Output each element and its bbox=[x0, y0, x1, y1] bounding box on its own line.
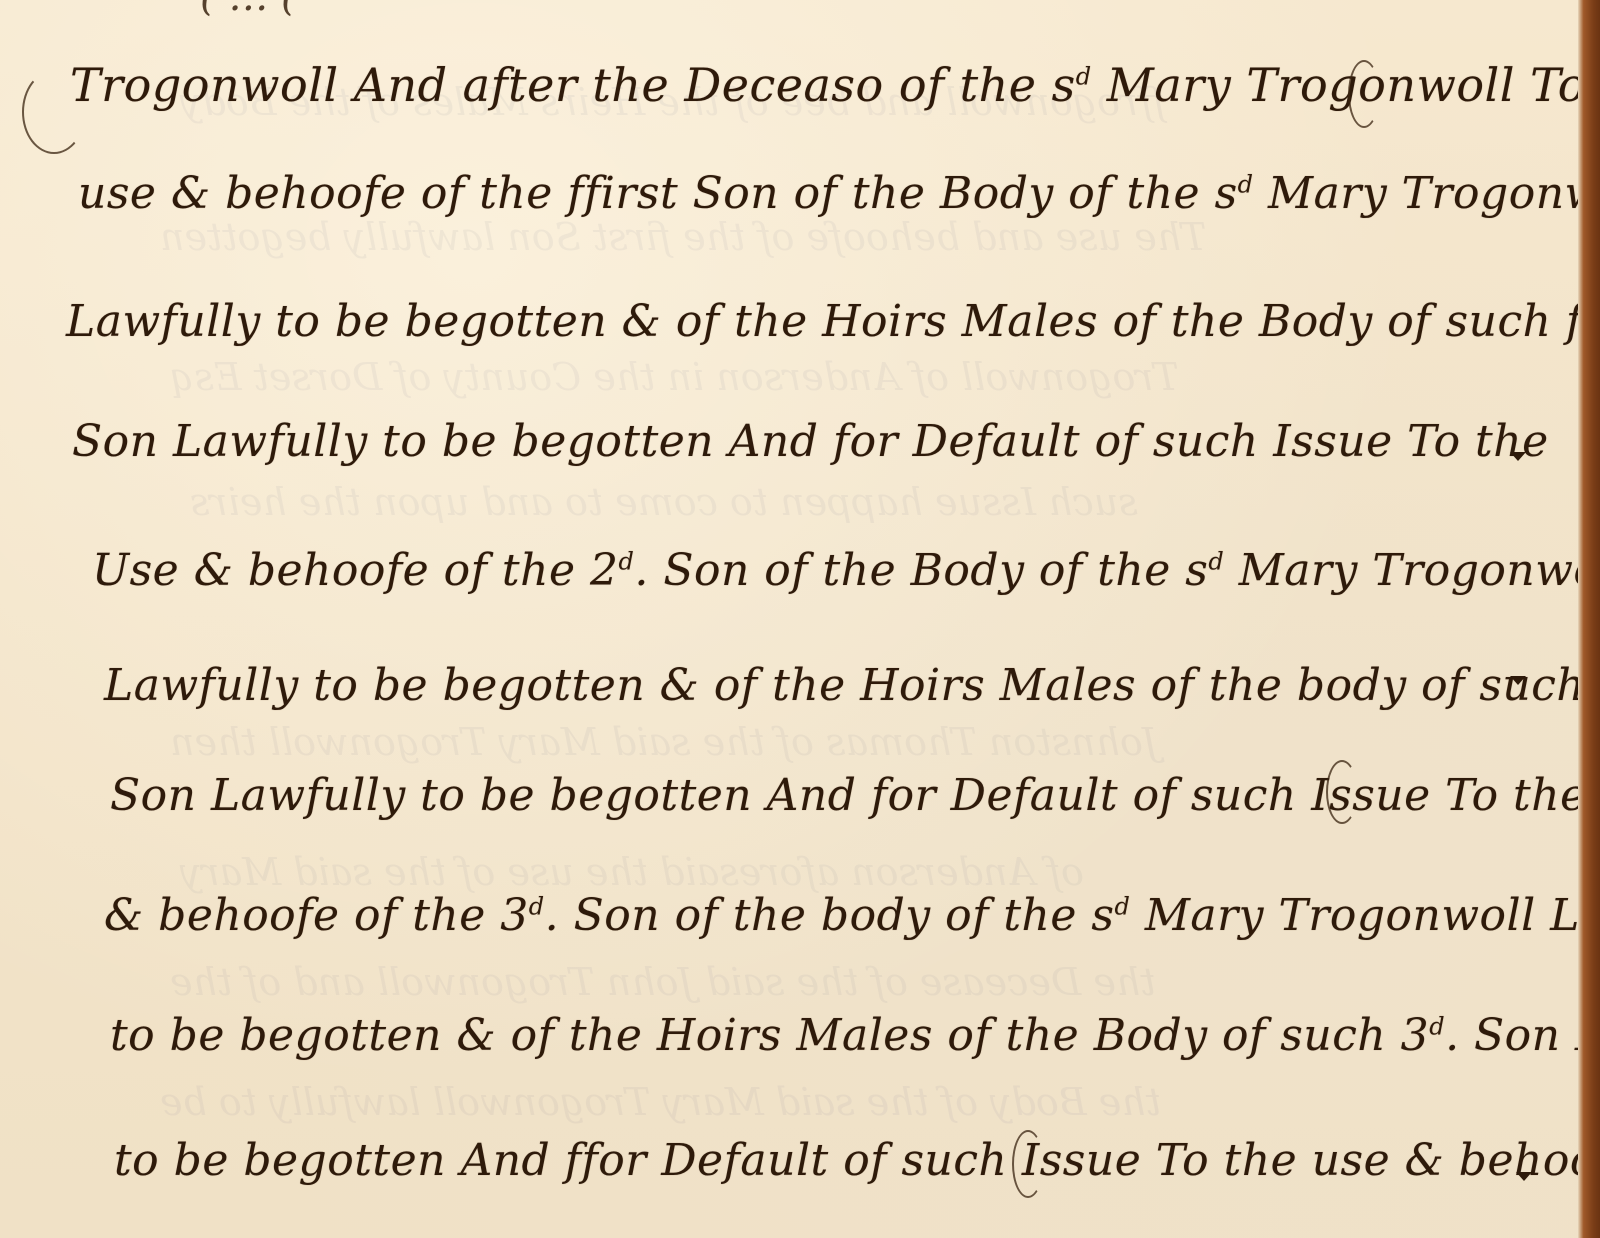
manuscript-line-6: Lawfully to be begotten & of the Hoirs M… bbox=[104, 660, 1600, 711]
manuscript-line-3: Lawfully to be begotten & of the Hoirs M… bbox=[66, 296, 1600, 347]
manuscript-page: ffrogonwoll and bee of the Heirs Males o… bbox=[0, 0, 1580, 1238]
manuscript-line-8: & behoofe of the 3d. Son of the body of … bbox=[104, 890, 1600, 941]
line-end-mark-icon bbox=[1510, 452, 1526, 461]
capital-flourish-to-2 bbox=[1326, 760, 1358, 824]
manuscript-line-5: Use & behoofe of the 2d. Son of the Body… bbox=[92, 545, 1600, 596]
manuscript-line-2: use & behoofe of the ffirst Son of the B… bbox=[78, 168, 1600, 219]
line-end-mark-icon bbox=[1510, 676, 1526, 685]
manuscript-text: Trogonwoll And after the Deceaso of the … bbox=[0, 0, 1580, 1238]
capital-flourish-to bbox=[1348, 60, 1380, 128]
manuscript-line-4: Son Lawfully to be begotten And for Defa… bbox=[72, 416, 1549, 467]
line-end-mark-icon bbox=[1516, 1172, 1532, 1181]
manuscript-line-9: to be begotten & of the Hoirs Males of t… bbox=[110, 1010, 1600, 1061]
capital-flourish-to-3 bbox=[1012, 1130, 1044, 1198]
page-edge-binding bbox=[1578, 0, 1600, 1238]
capital-flourish-t bbox=[22, 70, 86, 154]
manuscript-line-7: Son Lawfully to be begotten And for Defa… bbox=[110, 770, 1600, 821]
manuscript-line-10: to be begotten And ffor Default of such … bbox=[114, 1135, 1600, 1186]
